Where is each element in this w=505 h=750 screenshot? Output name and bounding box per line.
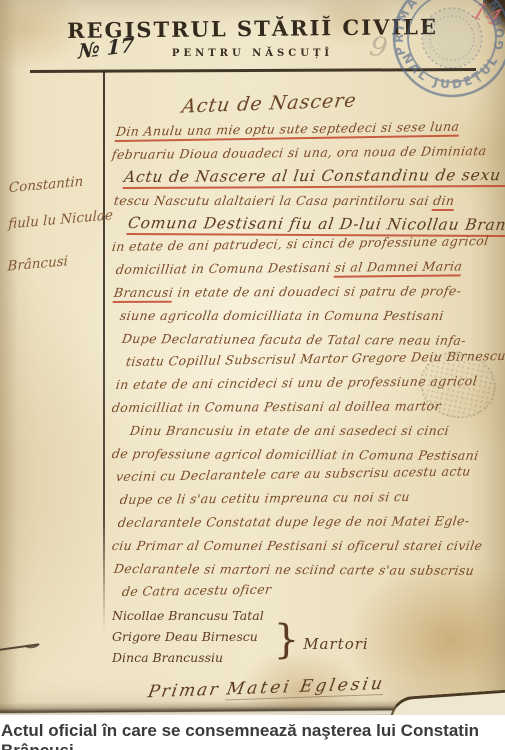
text-run: Dinu Brancusiu in etate de ani sasedeci … (129, 423, 450, 438)
act-line: domicilliat in Comuna Pestisani al doill… (110, 394, 503, 419)
act-line: de Catra acestu oficer (121, 574, 504, 603)
text-run: dupe ce li s'au cetitu impreuna cu noi s… (119, 489, 411, 507)
handwritten-act: Actu de Nascere Din Anulu una mie optu s… (112, 90, 502, 696)
caption: Actul oficial în care se consemnează naş… (0, 715, 505, 750)
act-line: siune agricolla domicilliata in Comuna P… (118, 304, 503, 327)
signature-brace: } (274, 619, 299, 661)
text-run: domicilliat in Comuna Destisani (115, 260, 336, 277)
signature-line: Grigore Deau Birnescu (112, 626, 264, 647)
margin-divider-rule (103, 71, 105, 631)
text-run: ciu Primar al Comunei Pestisani si ofice… (111, 538, 484, 553)
act-line: Brancusi in etate de ani douadeci si pat… (112, 279, 503, 304)
text-run: de Catra acestu oficer (121, 582, 272, 599)
signature-line: Nicollae Brancusu Tatal (112, 605, 264, 626)
underlined-text: din (432, 193, 456, 211)
witnesses-label: Martori (303, 635, 369, 653)
underlined-text: Brancusi (113, 285, 175, 303)
signature-block: Nicollae Brancusu TatalGrigore Deau Birn… (112, 605, 502, 668)
signature-line: Dinca Brancussiu (112, 647, 264, 668)
act-line: dupe ce li s'au cetitu impreuna cu noi s… (119, 484, 504, 511)
text-run: vecini cu Declarantele care au subscrisu… (115, 463, 472, 484)
underlined-text: Actu de Nascere al lui Constandinu de se… (122, 166, 505, 189)
text-run: domicilliat in Comuna Pestisani al doill… (111, 398, 442, 415)
text-run: februariu Dioua douadeci si una, ora nou… (111, 143, 488, 162)
text-run: tescu Nascutu alaltaieri la Casa parinti… (113, 193, 434, 208)
document-photo: REGISTRUL STĂRIĬ CIVILE PENTRU NĂSCUȚĬ №… (0, 0, 505, 715)
act-title: Actu de Nascere (181, 84, 504, 117)
act-body: Din Anulu una mie optu sute septedeci si… (112, 120, 502, 603)
act-line: declarantele Constatat dupe lege de noi … (116, 509, 503, 534)
text-run: tisatu Copillul Subscrisul Martor Gregor… (125, 348, 505, 369)
act-line: februariu Dioua douadeci si una, ora nou… (111, 139, 504, 166)
act-line: tescu Nascutu alaltaieri la Casa parinti… (112, 189, 503, 212)
act-line: domicilliat in Comuna Destisani si al Da… (115, 254, 504, 281)
official-title: Primar (146, 680, 221, 703)
act-line: Actu de Nascere al lui Constandinu de se… (122, 164, 503, 189)
text-run: in etate de ani douadeci si patru de pro… (172, 283, 462, 300)
underlined-text: Din Anulu una mie optu sute septedeci si… (115, 119, 461, 142)
act-line: Dinu Brancusiu in etate de ani sasedeci … (128, 419, 503, 442)
margin-note: Constantinfiulu lu NiculaeBrâncusi (7, 161, 109, 284)
act-line: ciu Primar al Comunei Pestisani si ofice… (110, 534, 503, 557)
text-run: in etate de ani cincideci si unu de prof… (115, 373, 478, 392)
act-line: in etate de ani cincideci si unu de prof… (115, 369, 504, 396)
margin-note-line: fiulu lu Niculae (8, 198, 108, 243)
text-run: declarantele Constatat dupe lege de noi … (117, 513, 471, 530)
underlined-text: si al Damnei Maria (333, 258, 463, 277)
text-run: in etate de ani patrudeci, si cinci de p… (111, 233, 490, 254)
text-run: siune agricolla domicilliata in Comuna P… (119, 308, 445, 323)
scanned-document-page: REGISTRUL STĂRIĬ CIVILE PENTRU NĂSCUȚĬ №… (0, 0, 505, 750)
signature-rows: Nicollae Brancusu TatalGrigore Deau Birn… (112, 605, 264, 668)
